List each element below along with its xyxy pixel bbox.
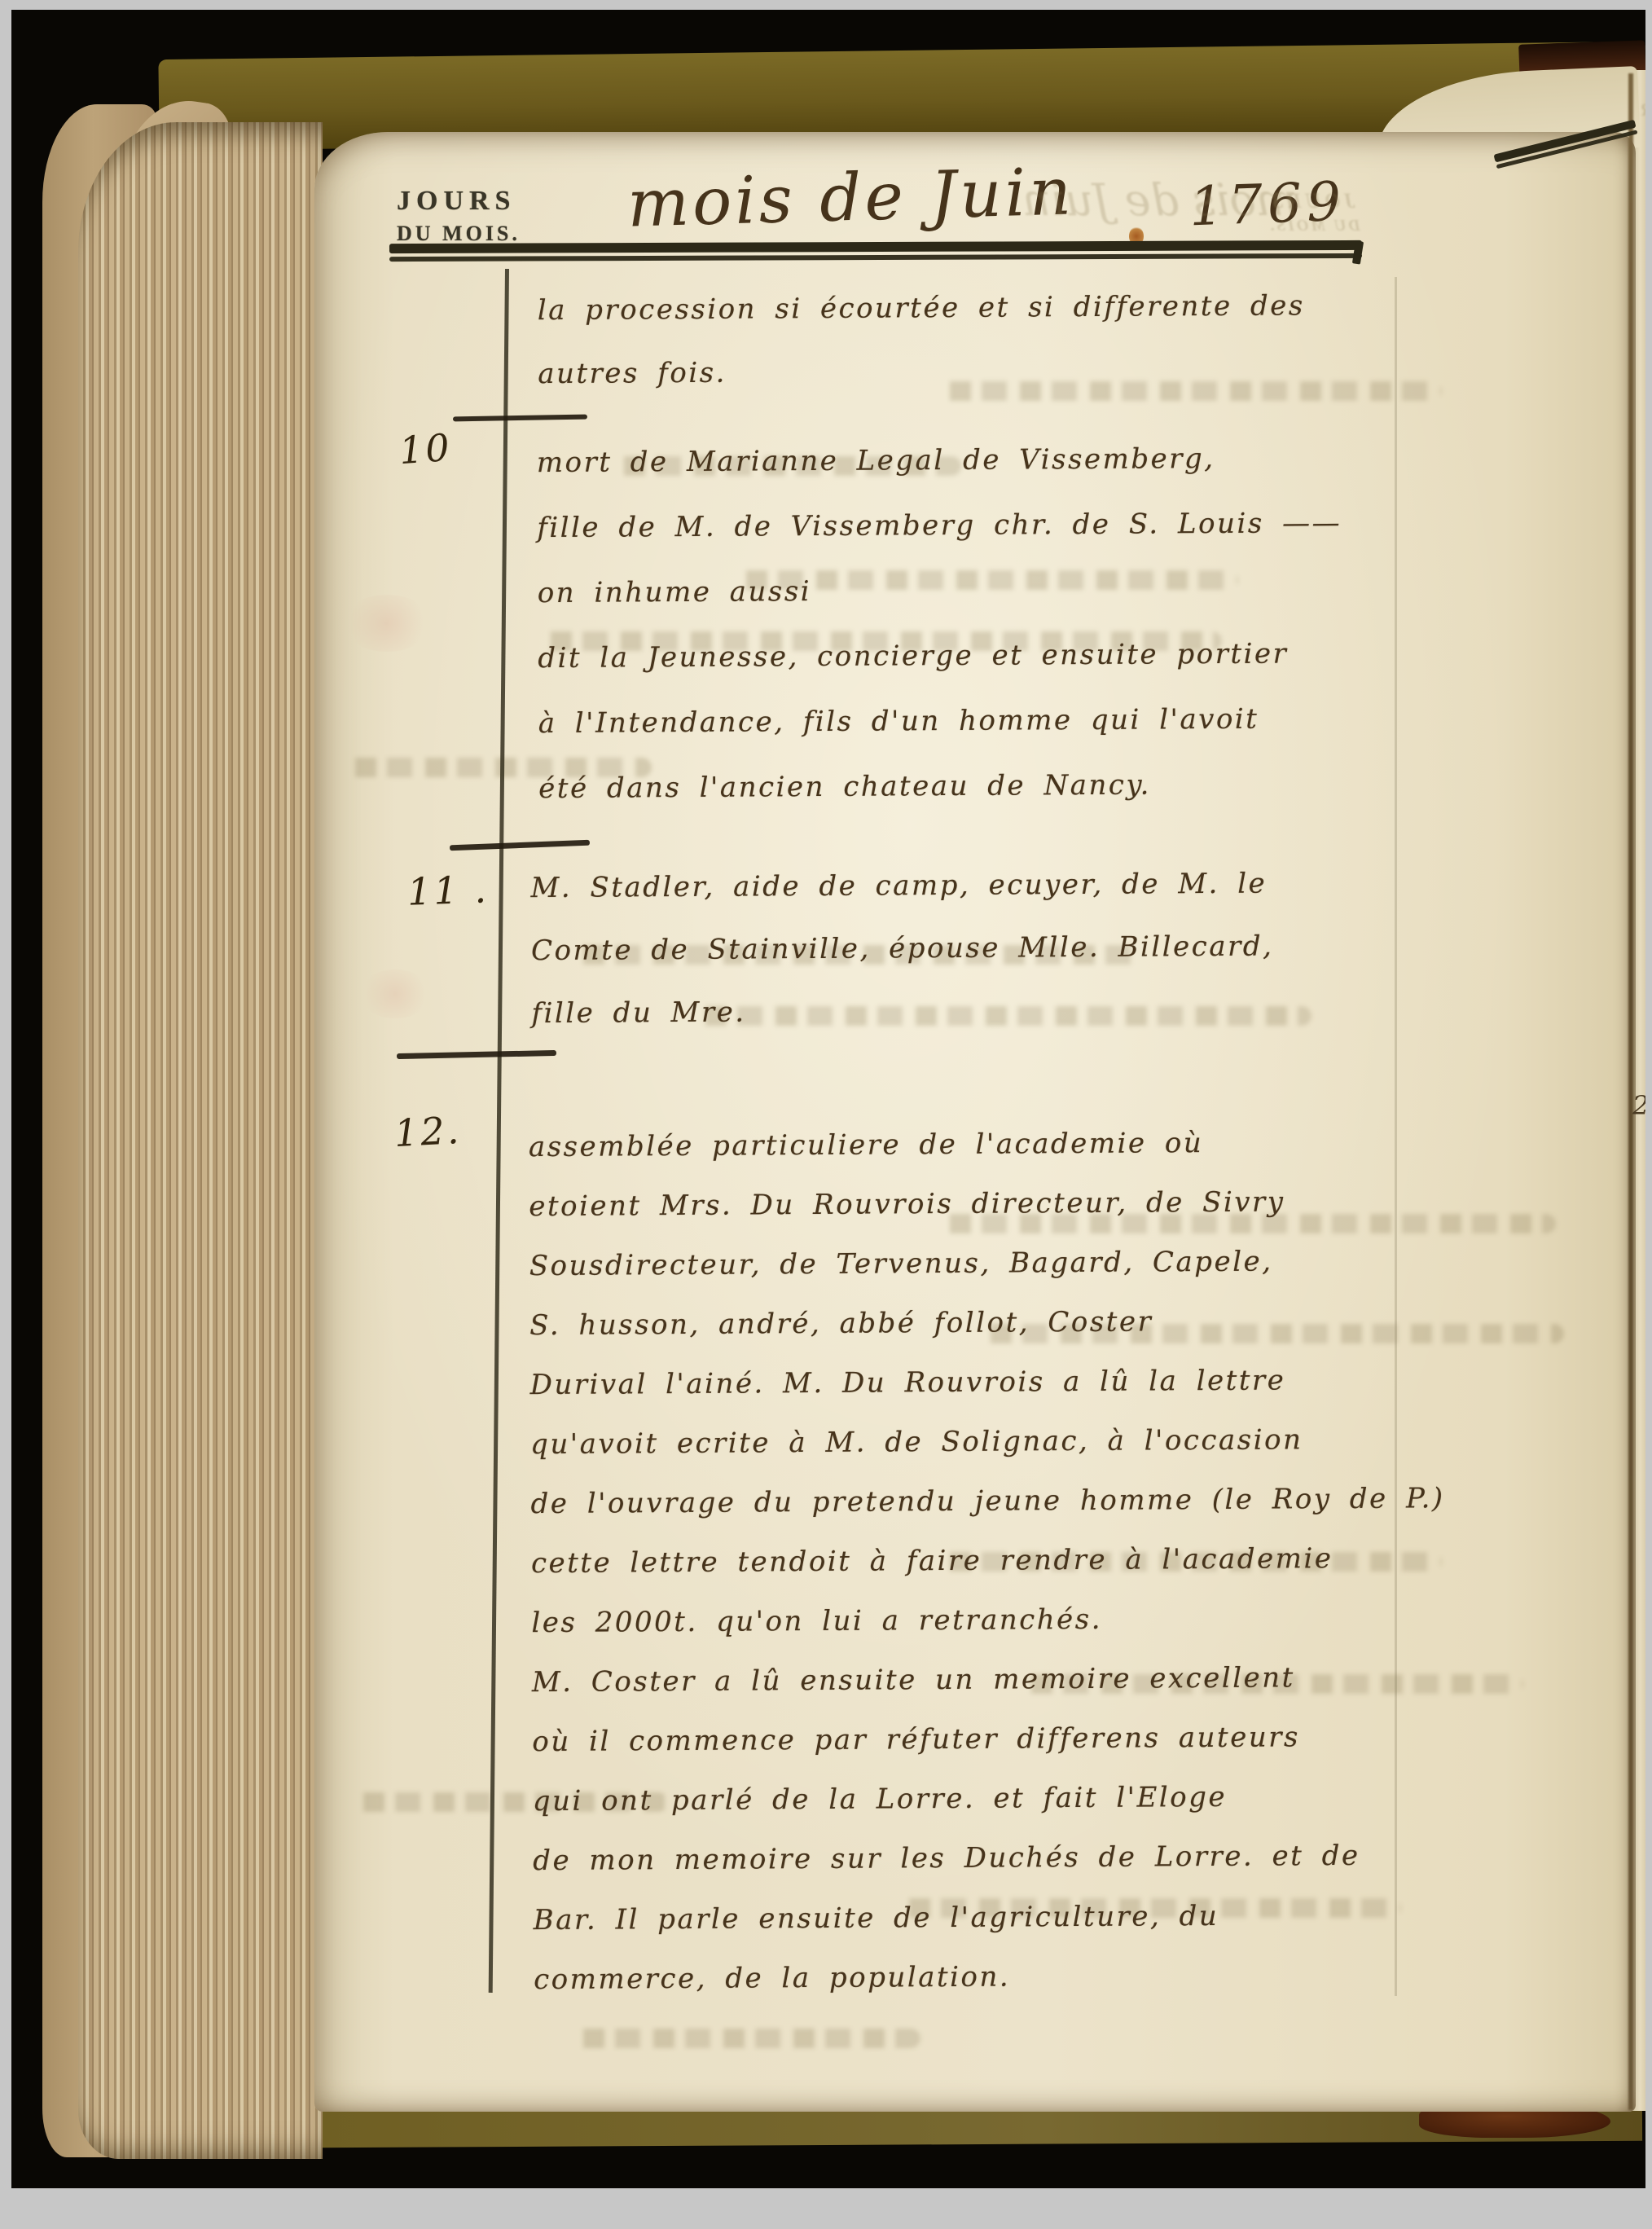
handwriting-line: dit la Jeunesse, concierge et ensuite po… bbox=[538, 619, 1633, 691]
handwriting-line: mort de Marianne Legal de Vissemberg, bbox=[537, 424, 1632, 495]
handwriting-line: M. Stadler, aide de camp, ecuyer, de M. … bbox=[530, 851, 1626, 920]
printed-header-bleed: JOURS DU MOIS. bbox=[1268, 187, 1360, 236]
handwriting-line: commerce, de la population. bbox=[534, 1944, 1629, 2010]
handwriting-line: la procession si écourtée et si differen… bbox=[538, 272, 1633, 342]
paper-discoloration bbox=[358, 969, 432, 1018]
entry-day-11: M. Stadler, aide de camp, ecuyer, de M. … bbox=[530, 851, 1627, 1045]
handwriting-line: Sousdirecteur, de Tervenus, Bagard, Cape… bbox=[529, 1230, 1625, 1296]
handwriting-line: etoient Mrs. Du Rouvrois directeur, de S… bbox=[529, 1171, 1624, 1237]
handwriting-line: M. Coster a lû ensuite un memoire excell… bbox=[532, 1646, 1628, 1712]
handwriting-line: S. husson, andré, abbé follot, Coster bbox=[529, 1290, 1625, 1356]
month-title-bleed: mois de Juin bbox=[1022, 174, 1298, 226]
handwriting-line: les 2000t. qu'on lui a retranchés. bbox=[531, 1587, 1627, 1653]
printed-column-header: JOURS DU MOIS. bbox=[397, 184, 521, 247]
day-number-10: 10 bbox=[398, 425, 453, 473]
bleed-header-line1: JOURS bbox=[1268, 187, 1360, 215]
handwriting-line: de l'ouvrage du pretendu jeune homme (le… bbox=[530, 1468, 1626, 1534]
paper-discoloration bbox=[342, 595, 432, 652]
handwriting-line: fille du Mre. bbox=[531, 976, 1627, 1045]
handwriting-line: qu'avoit ecrite à M. de Solignac, à l'oc… bbox=[530, 1409, 1626, 1475]
handwriting-line: Bar. Il parle ensuite de l'agriculture, … bbox=[533, 1884, 1628, 1950]
bleed-header-line2: DU MOIS. bbox=[1268, 215, 1360, 236]
page-stack-fore-edge bbox=[78, 122, 323, 2159]
handwriting-line: à l'Intendance, fils d'un homme qui l'av… bbox=[538, 684, 1634, 756]
handwriting-line: Durival l'ainé. M. Du Rouvrois a lû la l… bbox=[529, 1349, 1625, 1415]
scan-frame-right bbox=[1645, 0, 1652, 2229]
scan-frame-left bbox=[0, 0, 11, 2229]
handwritten-month-title: mois de Juin bbox=[626, 153, 1075, 241]
handwriting-line: Comte de Stainville, épouse Mlle. Billec… bbox=[531, 913, 1627, 983]
day-number-12: 12. bbox=[393, 1108, 463, 1155]
scan-frame-bottom bbox=[0, 2188, 1652, 2229]
ink-bleed-line bbox=[570, 2029, 920, 2048]
handwriting-line: autres fois. bbox=[538, 336, 1633, 406]
day-number-11: 11 . bbox=[406, 867, 490, 913]
scanned-manuscript-page: { "scan": { "frame_color": "#c7c7c7", "b… bbox=[0, 0, 1652, 2229]
handwriting-line: où il commence par réfuter differens aut… bbox=[532, 1706, 1628, 1772]
handwriting-line: de mon memoire sur les Duchés de Lorre. … bbox=[533, 1825, 1628, 1891]
entry-day-12: assemblée particuliere de l'academie oùe… bbox=[529, 1111, 1630, 2010]
header-double-rule bbox=[389, 240, 1362, 262]
entry-continuation: la procession si écourtée et si differen… bbox=[538, 272, 1634, 406]
handwriting-line: cette lettre tendoit à faire rendre à l'… bbox=[531, 1528, 1627, 1594]
handwriting-line: qui ont parlé de la Lorre. et fait l'Elo… bbox=[533, 1765, 1628, 1831]
printed-header-line1: JOURS bbox=[397, 184, 521, 219]
handwriting-line: assemblée particuliere de l'academie où bbox=[529, 1111, 1624, 1177]
handwriting-line: été dans l'ancien chateau de Nancy. bbox=[538, 750, 1634, 821]
handwriting-line: fille de M. de Vissemberg chr. de S. Lou… bbox=[537, 489, 1632, 561]
handwriting-line: on inhume aussi bbox=[538, 554, 1633, 626]
entry-day-10: mort de Marianne Legal de Vissemberg,fil… bbox=[537, 424, 1635, 821]
scan-frame-top bbox=[0, 0, 1652, 10]
